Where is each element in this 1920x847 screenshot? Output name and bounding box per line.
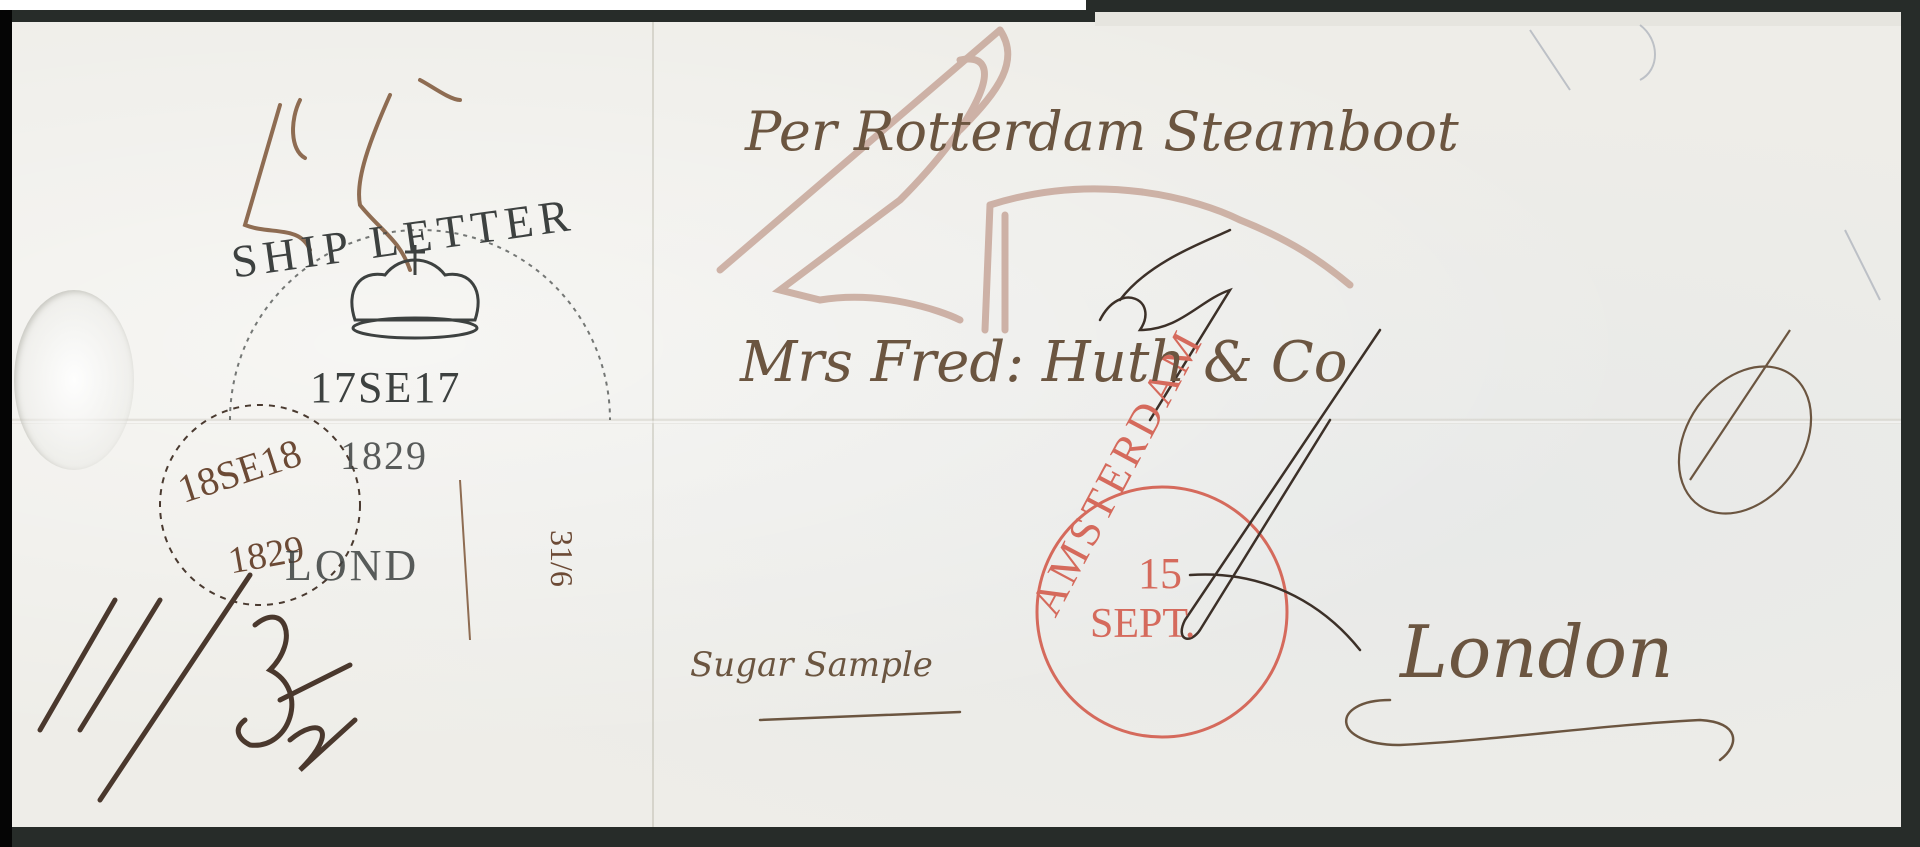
top-frame-strip [0,0,1086,10]
postal-cover [12,22,1901,827]
embossed-seal-icon [14,290,134,470]
horizontal-fold-line [12,418,1901,424]
cover-top-flap [1095,12,1901,26]
vertical-fold-line [652,22,654,827]
left-frame-edge [0,10,12,847]
